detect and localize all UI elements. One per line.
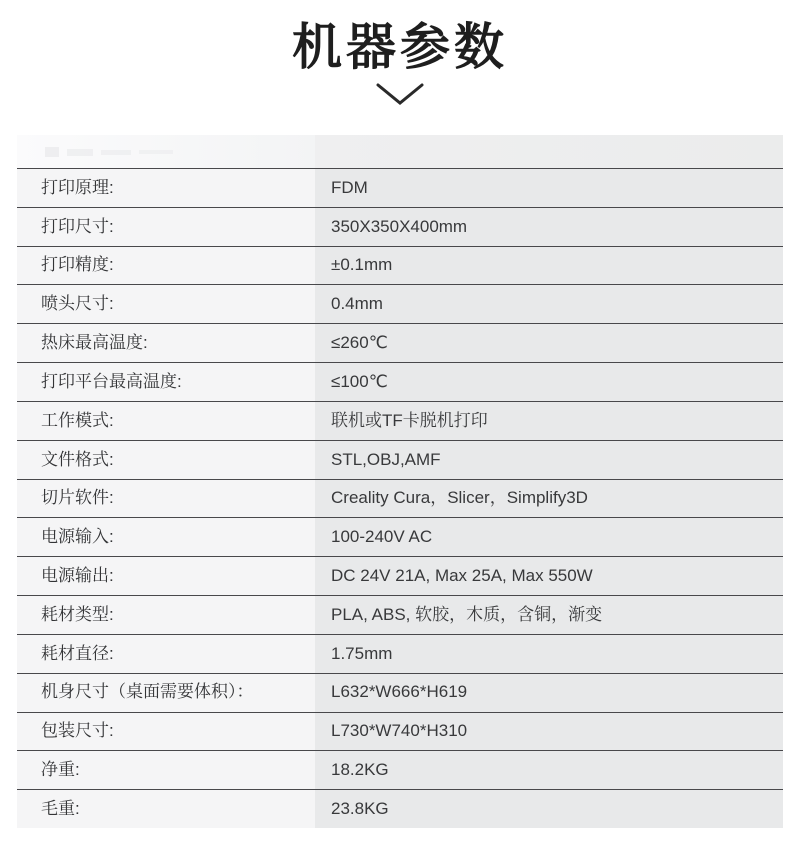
spec-value: 0.4mm — [315, 285, 783, 323]
spec-value: 100-240V AC — [315, 518, 783, 556]
table-row: 包装尺寸: L730*W740*H310 — [17, 712, 783, 751]
spec-label: 打印平台最高温度: — [17, 363, 315, 401]
spec-value: L730*W740*H310 — [315, 713, 783, 751]
spec-value: 联机或TF卡脱机打印 — [315, 402, 783, 440]
table-header-value-cell — [315, 135, 783, 168]
table-header — [17, 135, 783, 168]
table-row: 毛重: 23.8KG — [17, 789, 783, 828]
title-block: 机器参数 — [0, 0, 800, 130]
product-spec-page: 机器参数 打印原理: FDM 打印尺寸: 350X350X400mm — [0, 0, 800, 845]
table-row: 打印原理: FDM — [17, 168, 783, 207]
table-row: 热床最高温度: ≤260℃ — [17, 323, 783, 362]
table-row: 机身尺寸（桌面需要体积）： L632*W666*H619 — [17, 673, 783, 712]
spec-label: 文件格式: — [17, 441, 315, 479]
spec-label: 打印原理: — [17, 169, 315, 207]
spec-value: 1.75mm — [315, 635, 783, 673]
table-row: 净重: 18.2KG — [17, 750, 783, 789]
table-row: 耗材直径: 1.75mm — [17, 634, 783, 673]
spec-value: 350X350X400mm — [315, 208, 783, 246]
chevron-wrap — [0, 81, 800, 111]
spec-value: DC 24V 21A, Max 25A, Max 550W — [315, 557, 783, 595]
spec-table: 打印原理: FDM 打印尺寸: 350X350X400mm 打印精度: ±0.1… — [17, 135, 783, 828]
table-row: 电源输出: DC 24V 21A, Max 25A, Max 550W — [17, 556, 783, 595]
spec-value: 23.8KG — [315, 790, 783, 828]
spec-label: 电源输出: — [17, 557, 315, 595]
spec-value: FDM — [315, 169, 783, 207]
spec-value: ±0.1mm — [315, 247, 783, 285]
table-row: 耗材类型: PLA, ABS, 软胶，木质，含铜，渐变 — [17, 595, 783, 634]
table-header-label-cell — [17, 135, 315, 168]
spec-value: Creality Cura，Slicer，Simplify3D — [315, 480, 783, 518]
spec-value: ≤100℃ — [315, 363, 783, 401]
spec-label: 耗材类型: — [17, 596, 315, 634]
spec-label: 热床最高温度: — [17, 324, 315, 362]
spec-value: L632*W666*H619 — [315, 674, 783, 712]
table-row: 切片软件: Creality Cura，Slicer，Simplify3D — [17, 479, 783, 518]
table-row: 电源输入: 100-240V AC — [17, 517, 783, 556]
spec-label: 耗材直径: — [17, 635, 315, 673]
spec-label: 打印尺寸: — [17, 208, 315, 246]
table-row: 打印精度: ±0.1mm — [17, 246, 783, 285]
spec-label: 毛重: — [17, 790, 315, 828]
table-row: 喷头尺寸: 0.4mm — [17, 284, 783, 323]
spec-label: 切片软件: — [17, 480, 315, 518]
spec-value: ≤260℃ — [315, 324, 783, 362]
spec-label: 机身尺寸（桌面需要体积）： — [17, 674, 315, 712]
spec-label: 电源输入: — [17, 518, 315, 556]
header-faint-text — [45, 147, 185, 159]
table-row: 打印尺寸: 350X350X400mm — [17, 207, 783, 246]
table-row: 打印平台最高温度: ≤100℃ — [17, 362, 783, 401]
table-row: 工作模式: 联机或TF卡脱机打印 — [17, 401, 783, 440]
spec-label: 工作模式: — [17, 402, 315, 440]
page-title: 机器参数 — [0, 20, 800, 75]
spec-value: 18.2KG — [315, 751, 783, 789]
table-body: 打印原理: FDM 打印尺寸: 350X350X400mm 打印精度: ±0.1… — [17, 168, 783, 828]
spec-label: 打印精度: — [17, 247, 315, 285]
chevron-down-icon — [375, 81, 425, 109]
spec-value: STL,OBJ,AMF — [315, 441, 783, 479]
spec-value: PLA, ABS, 软胶，木质，含铜，渐变 — [315, 596, 783, 634]
table-row: 文件格式: STL,OBJ,AMF — [17, 440, 783, 479]
spec-label: 净重: — [17, 751, 315, 789]
spec-label: 喷头尺寸: — [17, 285, 315, 323]
spec-label: 包装尺寸: — [17, 713, 315, 751]
